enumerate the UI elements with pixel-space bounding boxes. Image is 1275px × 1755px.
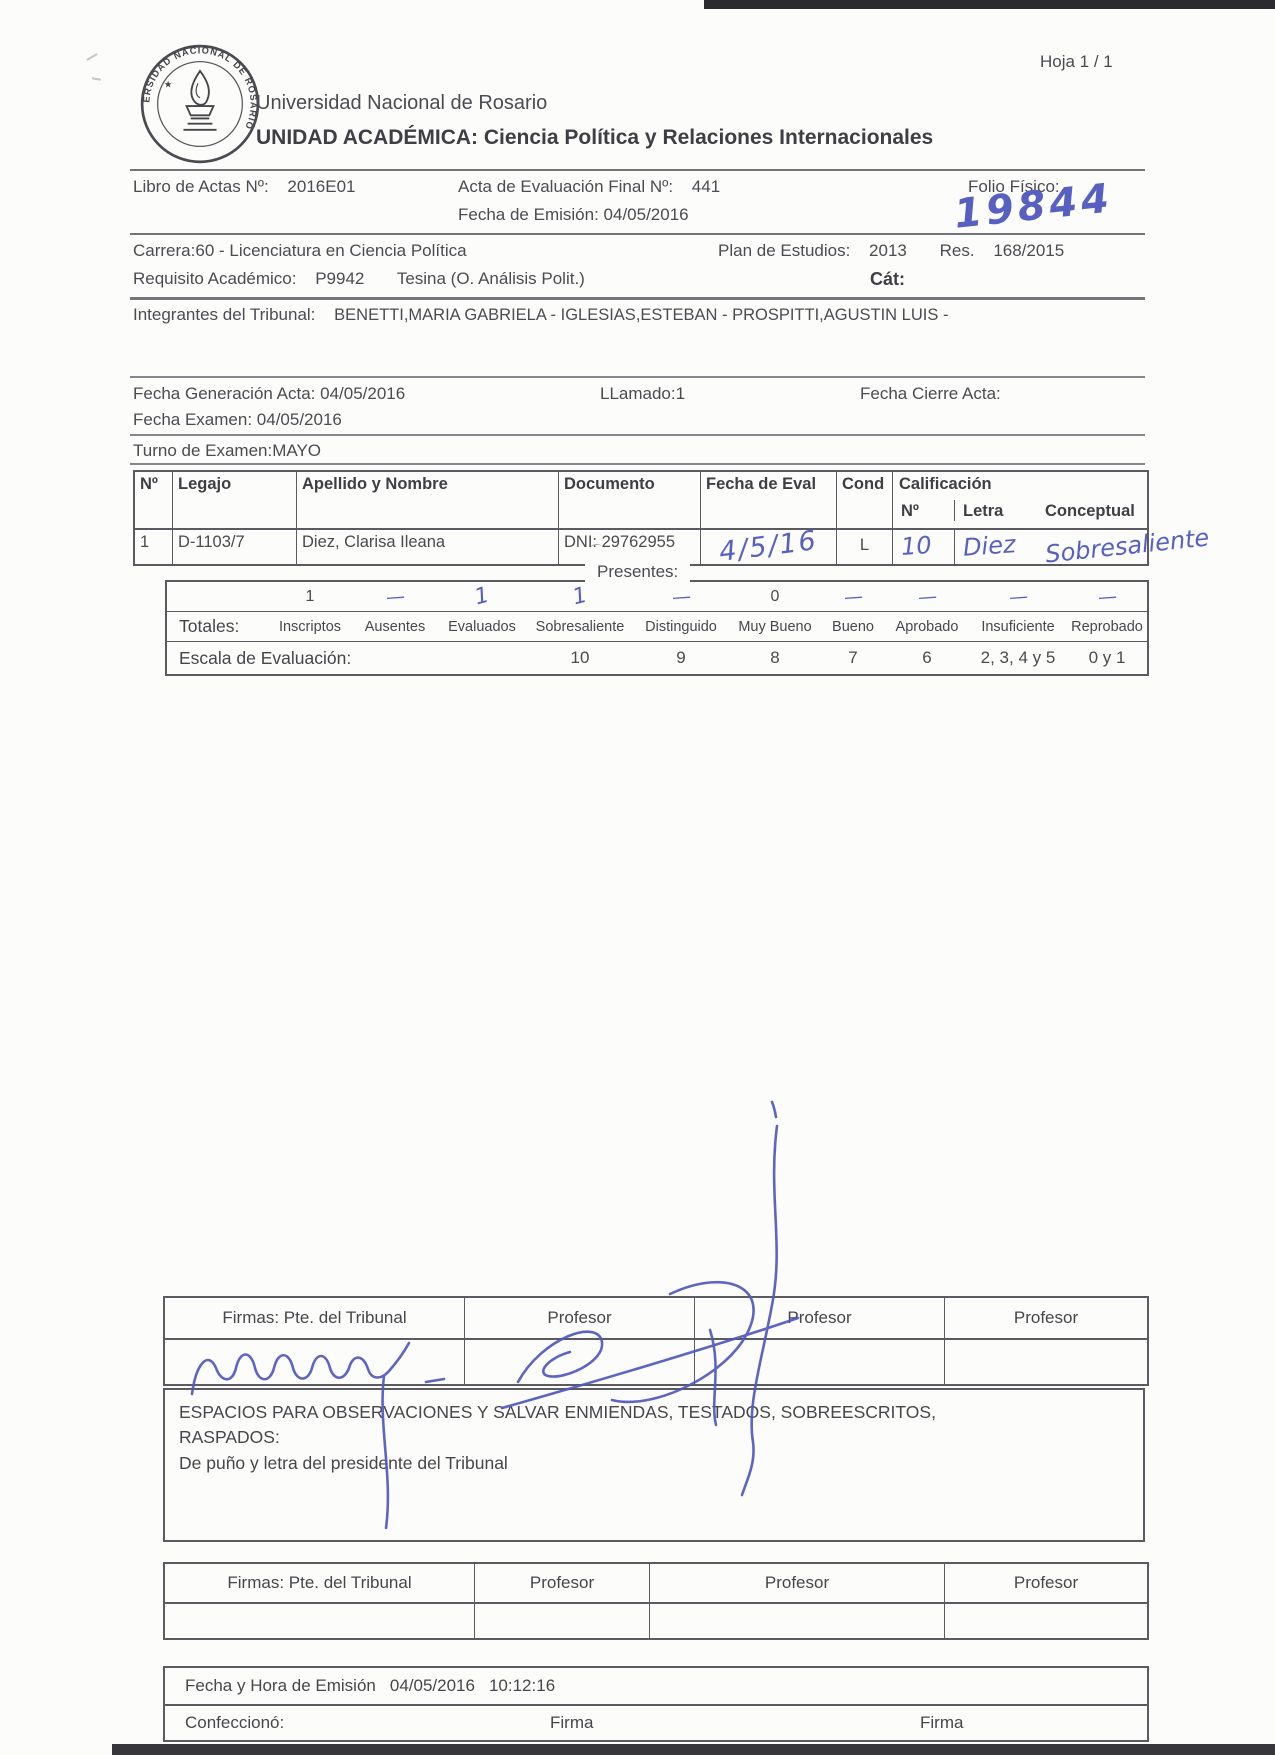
pencil-mark bbox=[92, 77, 101, 81]
observations-line-3: De puño y letra del presidente del Tribu… bbox=[179, 1451, 1129, 1476]
confecciono-label: Confeccionó: bbox=[185, 1713, 284, 1733]
presentes-label: Presentes: bbox=[585, 562, 690, 582]
llamado-value: 1 bbox=[676, 384, 685, 403]
col-ausentes: Ausentes bbox=[353, 619, 437, 635]
emission-date-row: Fecha y Hora de Emisión 04/05/2016 10:12… bbox=[165, 1668, 1147, 1706]
profesor-label: Profesor bbox=[945, 1298, 1147, 1338]
fecha-examen-value: 04/05/2016 bbox=[257, 410, 342, 429]
scanned-document-page: Hoja 1 / 1 UNIVERSIDAD NACIONAL DE ROSAR… bbox=[0, 0, 1275, 1755]
subcol-header-conceptual: Conceptual bbox=[1037, 500, 1147, 521]
integrantes-tribunal: Integrantes del Tribunal: BENETTI,MARIA … bbox=[133, 305, 948, 325]
profesor-label: Profesor bbox=[650, 1564, 945, 1602]
llamado-label: LLamado: bbox=[600, 384, 676, 403]
fecha-examen-label: Fecha Examen: bbox=[133, 410, 252, 429]
col-header-documento: Documento bbox=[559, 472, 701, 528]
libro-de-actas-label: Libro de Actas Nº: bbox=[133, 177, 269, 196]
fecha-emision-label: Fecha de Emisión: bbox=[458, 205, 599, 224]
plan-value: 2013 bbox=[869, 241, 907, 260]
libro-de-actas-value: 2016E01 bbox=[287, 177, 355, 196]
signature-cell bbox=[945, 1340, 1147, 1384]
col-inscriptos: Inscriptos bbox=[267, 619, 353, 635]
escala-reprobado: 0 y 1 bbox=[1067, 648, 1147, 668]
col-muy-bueno: Muy Bueno bbox=[729, 619, 821, 635]
divider bbox=[130, 169, 1145, 171]
firma-label: Firma bbox=[550, 1713, 593, 1733]
divider bbox=[130, 434, 1145, 436]
signature-cell bbox=[475, 1604, 650, 1638]
cell-nro: 1 bbox=[135, 530, 173, 565]
signature-cell bbox=[165, 1340, 465, 1384]
cell-legajo: D-1103/7 bbox=[173, 530, 297, 565]
fecha-emision-value: 04/05/2016 bbox=[604, 205, 689, 224]
escala-muy-bueno: 8 bbox=[729, 648, 821, 668]
turno-examen: Turno de Examen:MAYO bbox=[133, 441, 321, 461]
emission-label: Fecha y Hora de Emisión bbox=[185, 1676, 376, 1696]
requisito-nombre: Tesina (O. Análisis Polit.) bbox=[397, 269, 585, 288]
cell-calif-nro: 10 bbox=[893, 530, 955, 564]
acta-numero-value: 441 bbox=[692, 177, 720, 196]
cell-calif-conceptual: Sobresaliente bbox=[1037, 530, 1213, 564]
total-value-muy-bueno: 0 bbox=[729, 588, 821, 606]
total-value-aprobado: — bbox=[885, 586, 969, 608]
handwritten-grade-letter: Diez bbox=[962, 530, 1016, 562]
col-sobresaliente: Sobresaliente bbox=[527, 619, 633, 635]
escala-insuficiente: 2, 3, 4 y 5 bbox=[969, 648, 1067, 668]
observations-line-2: RASPADOS: bbox=[179, 1425, 1129, 1450]
requisito-code: P9942 bbox=[315, 269, 364, 288]
total-value-distinguido: — bbox=[633, 586, 729, 608]
cell-calif-letra: Diez bbox=[955, 530, 1037, 564]
signature-table-2-row bbox=[165, 1604, 1147, 1638]
handwritten-grade-conceptual: Sobresaliente bbox=[1044, 523, 1211, 568]
signature-cell bbox=[465, 1340, 695, 1384]
integrantes-label: Integrantes del Tribunal: bbox=[133, 305, 315, 324]
calificacion-subheader: Nº Letra Conceptual bbox=[893, 500, 1147, 521]
plan-de-estudios: Plan de Estudios: 2013 Res. 168/2015 bbox=[718, 241, 1064, 261]
signature-table-1: Firmas: Pte. del Tribunal Profesor Profe… bbox=[163, 1296, 1149, 1386]
cell-fecha-eval: 4/5/16 bbox=[701, 530, 837, 565]
firmas-pte-label: Firmas: Pte. del Tribunal bbox=[165, 1564, 475, 1602]
calificacion-title: Calificación bbox=[893, 472, 1147, 494]
student-row: 1 D-1103/7 Diez, Clarisa Ileana DNI: 297… bbox=[135, 530, 1147, 564]
escala-label: Escala de Evaluación: bbox=[167, 648, 527, 669]
col-header-calificacion: Calificación Nº Letra Conceptual bbox=[893, 472, 1147, 528]
fecha-emision: Fecha de Emisión: 04/05/2016 bbox=[458, 205, 689, 225]
signature-table-2-header: Firmas: Pte. del Tribunal Profesor Profe… bbox=[165, 1564, 1147, 1604]
col-header-legajo: Legajo bbox=[173, 472, 297, 528]
totals-header-row: Totales: Inscriptos Ausentes Evaluados S… bbox=[167, 612, 1147, 642]
cell-nombre: Diez, Clarisa Ileana bbox=[297, 530, 559, 565]
signature-cell bbox=[165, 1604, 475, 1638]
profesor-label: Profesor bbox=[475, 1564, 650, 1602]
fecha-generacion-label: Fecha Generación Acta: bbox=[133, 384, 315, 403]
profesor-label: Profesor bbox=[695, 1298, 945, 1338]
seal-pedestal bbox=[183, 106, 216, 130]
signature-table-1-header: Firmas: Pte. del Tribunal Profesor Profe… bbox=[165, 1298, 1147, 1340]
handwritten-eval-date: 4/5/16 bbox=[718, 525, 820, 568]
escala-distinguido: 9 bbox=[633, 648, 729, 668]
subcol-header-letra: Letra bbox=[955, 500, 1037, 521]
total-value-sobresaliente: 1 bbox=[527, 584, 633, 609]
university-seal-logo: UNIVERSIDAD NACIONAL DE ROSARIO ★ bbox=[138, 42, 262, 166]
firma-label: Firma bbox=[920, 1713, 963, 1733]
divider bbox=[130, 463, 1145, 465]
divider bbox=[130, 297, 1145, 300]
escala-bueno: 7 bbox=[821, 648, 885, 668]
col-header-cond: Cond bbox=[837, 472, 893, 528]
students-table: Nº Legajo Apellido y Nombre Documento Fe… bbox=[133, 470, 1149, 566]
emission-table: Fecha y Hora de Emisión 04/05/2016 10:12… bbox=[163, 1666, 1149, 1742]
turno-value: MAYO bbox=[272, 441, 321, 460]
bottom-scan-bar bbox=[112, 1744, 1275, 1755]
totals-table: 1 — 1 1 — 0 — — — — Totales: Inscriptos … bbox=[165, 580, 1149, 676]
cell-calificacion: 10 Diez Sobresaliente bbox=[893, 530, 1213, 565]
requisito-academico: Requisito Académico: P9942 Tesina (O. An… bbox=[133, 269, 585, 289]
seal-flame bbox=[191, 71, 209, 105]
handwritten-grade-number: 10 bbox=[900, 531, 932, 561]
fecha-examen: Fecha Examen: 04/05/2016 bbox=[133, 410, 342, 430]
divider bbox=[130, 376, 1145, 378]
profesor-label: Profesor bbox=[465, 1298, 695, 1338]
fecha-generacion-value: 04/05/2016 bbox=[320, 384, 405, 403]
emission-time: 10:12:16 bbox=[489, 1676, 555, 1696]
emission-signature-row: Confeccionó: Firma Firma bbox=[165, 1706, 1147, 1740]
col-distinguido: Distinguido bbox=[633, 619, 729, 635]
firmas-pte-label: Firmas: Pte. del Tribunal bbox=[165, 1298, 465, 1338]
totals-row-label: Totales: bbox=[167, 616, 267, 637]
divider bbox=[130, 233, 1145, 235]
students-table-header: Nº Legajo Apellido y Nombre Documento Fe… bbox=[135, 472, 1147, 530]
libro-de-actas: Libro de Actas Nº: 2016E01 bbox=[133, 177, 355, 197]
resolucion-value: 168/2015 bbox=[993, 241, 1064, 260]
subcol-header-nro: Nº bbox=[893, 500, 955, 521]
signature-table-1-row bbox=[165, 1340, 1147, 1384]
signature-cell bbox=[650, 1604, 945, 1638]
total-value-evaluados: 1 bbox=[437, 584, 527, 609]
sheet-number: Hoja 1 / 1 bbox=[1040, 52, 1113, 72]
carrera-label: Carrera: bbox=[133, 241, 195, 260]
emission-date: 04/05/2016 bbox=[390, 1676, 475, 1696]
col-header-nombre: Apellido y Nombre bbox=[297, 472, 559, 528]
pencil-mark bbox=[86, 53, 97, 61]
escala-aprobado: 6 bbox=[885, 648, 969, 668]
col-evaluados: Evaluados bbox=[437, 619, 527, 635]
col-header-fecha-eval: Fecha de Eval bbox=[701, 472, 837, 528]
pen-tick-mark bbox=[772, 1102, 776, 1117]
top-scan-bar bbox=[704, 0, 1275, 9]
catedra-label: Cát: bbox=[870, 269, 905, 290]
total-value-inscriptos: 1 bbox=[267, 588, 353, 606]
col-insuficiente: Insuficiente bbox=[969, 619, 1067, 635]
acta-numero-label: Acta de Evaluación Final Nº: bbox=[458, 177, 673, 196]
signature-cell bbox=[695, 1340, 945, 1384]
profesor-label: Profesor bbox=[945, 1564, 1147, 1602]
plan-label: Plan de Estudios: bbox=[718, 241, 850, 260]
fecha-generacion: Fecha Generación Acta: 04/05/2016 bbox=[133, 384, 405, 404]
total-value-ausentes: — bbox=[353, 586, 437, 608]
escala-sobresaliente: 10 bbox=[527, 648, 633, 668]
carrera: Carrera:60 - Licenciatura en Ciencia Pol… bbox=[133, 241, 467, 261]
seal-star: ★ bbox=[164, 79, 172, 89]
col-bueno: Bueno bbox=[821, 619, 885, 635]
resolucion-label: Res. bbox=[940, 241, 975, 260]
llamado: LLamado:1 bbox=[600, 384, 685, 404]
escala-row: Escala de Evaluación: 10 9 8 7 6 2, 3, 4… bbox=[167, 642, 1147, 674]
requisito-label: Requisito Académico: bbox=[133, 269, 296, 288]
col-header-nro: Nº bbox=[135, 472, 173, 528]
col-aprobado: Aprobado bbox=[885, 619, 969, 635]
col-reprobado: Reprobado bbox=[1067, 619, 1147, 635]
fecha-cierre-label: Fecha Cierre Acta: bbox=[860, 384, 1001, 404]
academic-unit-title: UNIDAD ACADÉMICA: Ciencia Política y Rel… bbox=[256, 126, 933, 150]
totals-values-row: 1 — 1 1 — 0 — — — — bbox=[167, 582, 1147, 612]
signature-cell bbox=[945, 1604, 1147, 1638]
total-value-bueno: — bbox=[821, 586, 885, 608]
total-value-reprobado: — bbox=[1067, 586, 1147, 608]
cell-documento: DNI: 29762955 bbox=[559, 530, 701, 565]
acta-numero: Acta de Evaluación Final Nº: 441 bbox=[458, 177, 720, 197]
observations-box: ESPACIOS PARA OBSERVACIONES Y SALVAR ENM… bbox=[163, 1388, 1145, 1542]
total-value-insuficiente: — bbox=[969, 586, 1067, 608]
turno-label: Turno de Examen: bbox=[133, 441, 272, 460]
signature-table-2: Firmas: Pte. del Tribunal Profesor Profe… bbox=[163, 1562, 1149, 1640]
integrantes-value: BENETTI,MARIA GABRIELA - IGLESIAS,ESTEBA… bbox=[334, 306, 948, 324]
carrera-value: 60 - Licenciatura en Ciencia Política bbox=[195, 241, 466, 260]
observations-line-1: ESPACIOS PARA OBSERVACIONES Y SALVAR ENM… bbox=[179, 1400, 1129, 1425]
cell-cond: L bbox=[837, 530, 893, 565]
university-name: Universidad Nacional de Rosario bbox=[256, 92, 547, 115]
